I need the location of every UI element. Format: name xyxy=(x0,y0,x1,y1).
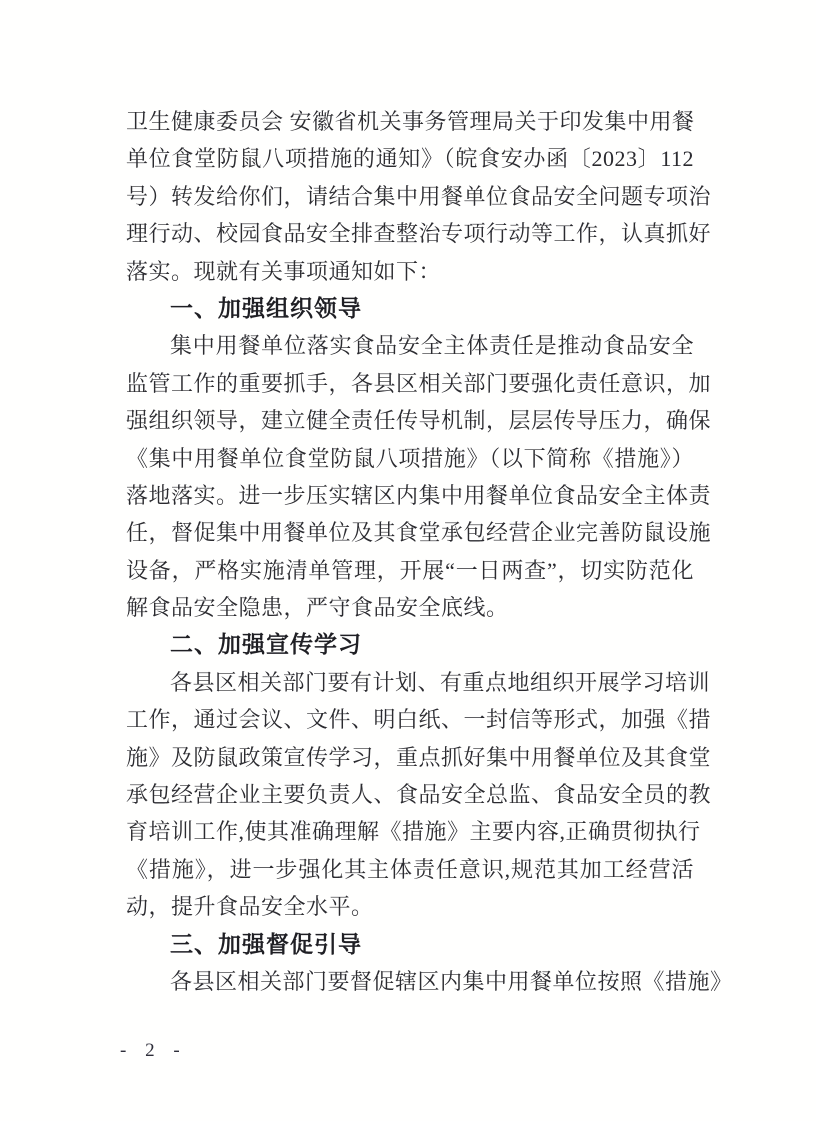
text-line: 单位食堂防鼠八项措施的通知》（皖食安办函〔2023〕112 xyxy=(126,140,694,177)
text-line: 承包经营企业主要负责人、食品安全总监、食品安全员的教 xyxy=(126,776,694,813)
text-line: 集中用餐单位落实食品安全主体责任是推动食品安全 xyxy=(126,327,694,364)
text-line: 《集中用餐单位食堂防鼠八项措施》（以下简称《措施》） xyxy=(126,440,694,477)
text-line: 监管工作的重要抓手，各县区相关部门要强化责任意识，加 xyxy=(126,365,694,402)
section-heading: 一、加强组织领导 xyxy=(126,290,694,327)
text-line: 强组织领导，建立健全责任传导机制，层层传导压力，确保 xyxy=(126,402,694,439)
text-line: 任，督促集中用餐单位及其食堂承包经营企业完善防鼠设施 xyxy=(126,514,694,551)
section-heading: 二、加强宣传学习 xyxy=(126,626,694,663)
text-line: 号）转发给你们，请结合集中用餐单位食品安全问题专项治 xyxy=(126,178,694,215)
text-line: 理行动、校园食品安全排查整治专项行动等工作，认真抓好 xyxy=(126,215,694,252)
text-line: 设备，严格实施清单管理，开展“一日两查”，切实防范化 xyxy=(126,552,694,589)
text-line: 各县区相关部门要督促辖区内集中用餐单位按照《措施》 xyxy=(126,963,694,1000)
text-line: 落地落实。进一步压实辖区内集中用餐单位食品安全主体责 xyxy=(126,477,694,514)
section-heading: 三、加强督促引导 xyxy=(126,926,694,963)
text-line: 解食品安全隐患，严守食品安全底线。 xyxy=(126,589,694,626)
text-line: 育培训工作,使其准确理解《措施》主要内容,正确贯彻执行 xyxy=(126,813,694,850)
text-line: 动，提升食品安全水平。 xyxy=(126,888,694,925)
document-page: 卫生健康委员会 安徽省机关事务管理局关于印发集中用餐单位食堂防鼠八项措施的通知》… xyxy=(0,0,816,1121)
text-line: 落实。现就有关事项通知如下： xyxy=(126,253,694,290)
document-body: 卫生健康委员会 安徽省机关事务管理局关于印发集中用餐单位食堂防鼠八项措施的通知》… xyxy=(126,103,694,1000)
text-line: 工作，通过会议、文件、明白纸、一封信等形式，加强《措 xyxy=(126,701,694,738)
page-number: - 2 - xyxy=(120,1040,187,1062)
text-line: 各县区相关部门要有计划、有重点地组织开展学习培训 xyxy=(126,664,694,701)
text-line: 《措施》，进一步强化其主体责任意识,规范其加工经营活 xyxy=(126,851,694,888)
text-line: 施》及防鼠政策宣传学习，重点抓好集中用餐单位及其食堂 xyxy=(126,739,694,776)
text-line: 卫生健康委员会 安徽省机关事务管理局关于印发集中用餐 xyxy=(126,103,694,140)
